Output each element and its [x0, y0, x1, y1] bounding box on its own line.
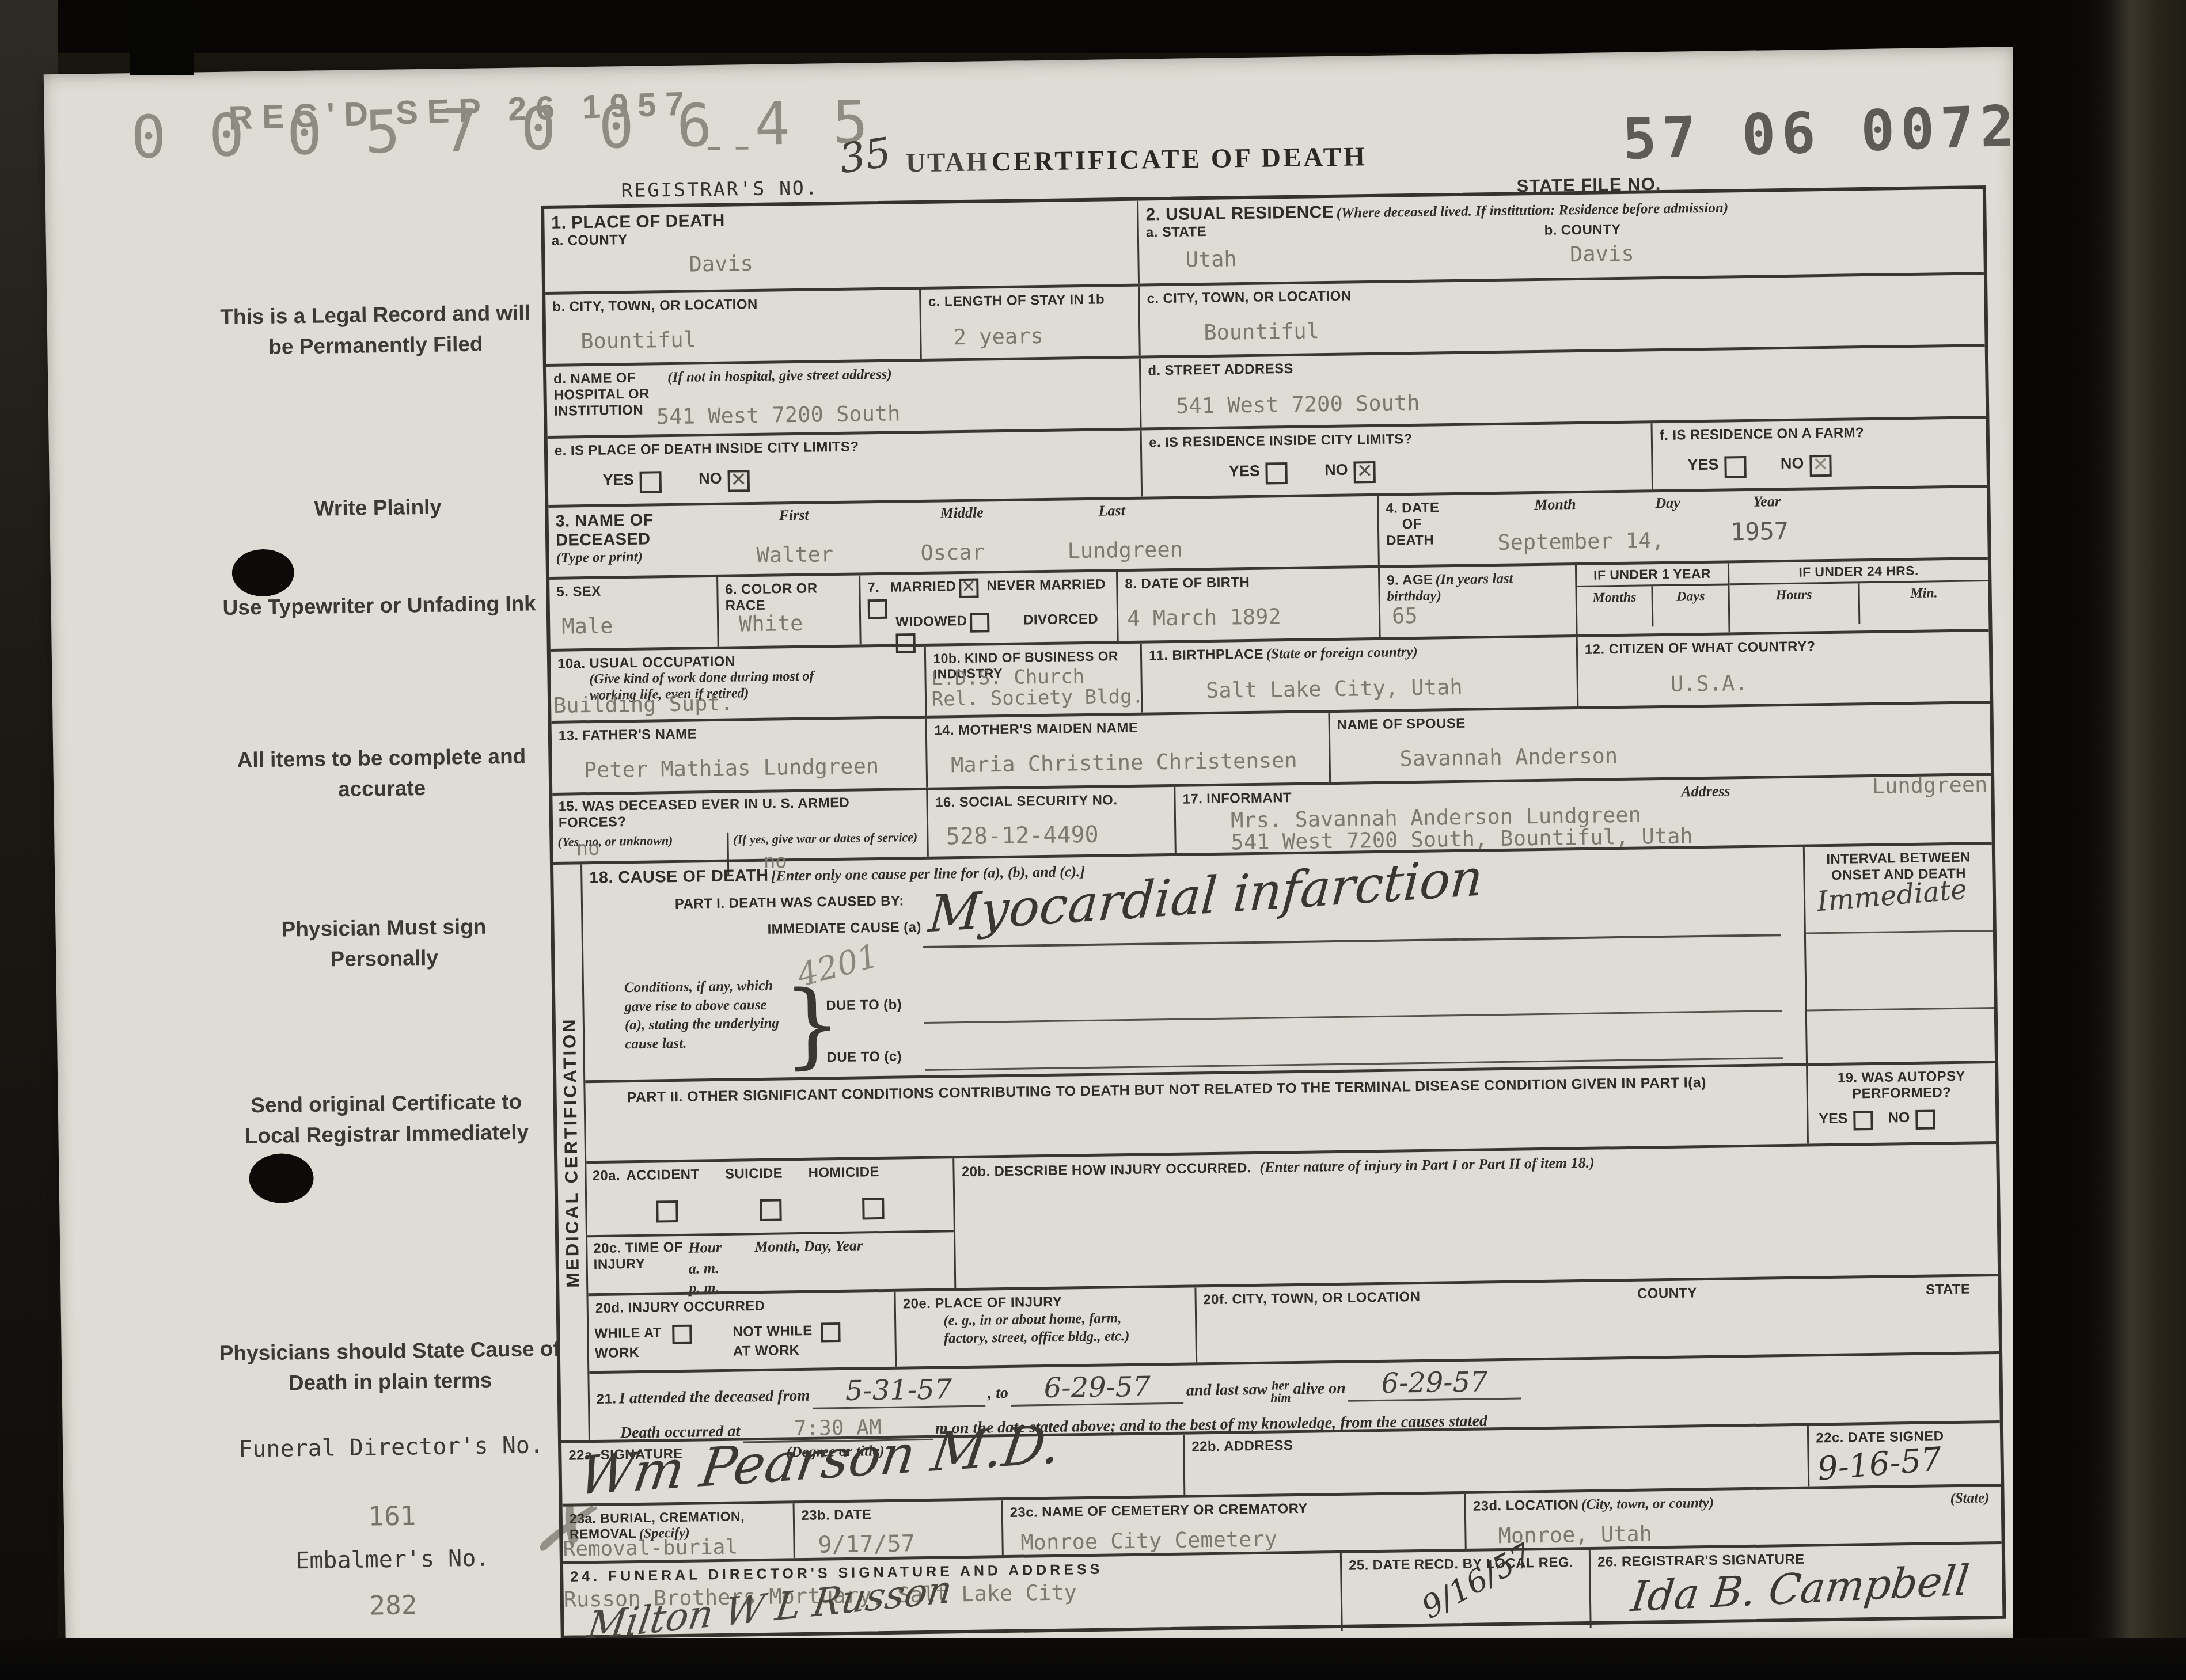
field-date-of-death: 4. DATE OF DEATH Month Day Year Septembe…	[1377, 488, 1988, 565]
name-label-1: 3. NAME OF	[555, 511, 653, 530]
field-birthplace: 11. BIRTHPLACE (State or foreign country…	[1140, 637, 1577, 713]
margin-note-send-original: Send original Certificate to Local Regis…	[225, 1086, 548, 1151]
homicide-checkbox	[862, 1198, 885, 1220]
date-received-value: 9/16/57	[1415, 1536, 1538, 1625]
20a-num: 20a.	[592, 1168, 620, 1184]
field-place-city: b. CITY, TOWN, OR LOCATION Bountiful	[545, 290, 920, 364]
street-address-value: 541 West 7200 South	[1176, 390, 1420, 419]
usual-residence-note: (Where deceased lived. If institution: R…	[1337, 200, 1729, 221]
sex-label: 5. SEX	[556, 584, 601, 600]
21-text-2: , to	[988, 1384, 1008, 1402]
days-label: Days	[1676, 589, 1705, 605]
part2-label: PART II. OTHER SIGNIFICANT CONDITIONS CO…	[627, 1073, 1799, 1106]
field-business-industry: 10b. KIND OF BUSINESS OR INDUSTRY L.D.S.…	[924, 644, 1141, 716]
hole-punch-bottom	[249, 1153, 314, 1204]
place-city-limits-label: e. IS PLACE OF DEATH INSIDE CITY LIMITS?	[555, 439, 859, 458]
certificate-title: UTAH CERTIFICATE OF DEATH	[906, 141, 1367, 178]
no-label: NO	[699, 470, 722, 488]
dob-label: 8. DATE OF BIRTH	[1125, 575, 1250, 592]
part1-label: PART I. DEATH WAS CAUSED BY:	[675, 893, 904, 913]
age-label: 9. AGE	[1387, 572, 1433, 588]
place-limits-no-checkbox: ✕	[727, 470, 750, 492]
20b-label: 20b. DESCRIBE HOW INJURY OCCURRED.	[962, 1160, 1251, 1180]
field-date-signed: 22c. DATE SIGNED 9-16-57	[1807, 1423, 2001, 1487]
not-while-at-work-checkbox	[821, 1322, 840, 1342]
hospital-value: 541 West 7200 South	[656, 401, 901, 429]
field-accident-suicide-homicide: 20a. ACCIDENT SUICIDE HOMICIDE 20c. TIME…	[586, 1158, 955, 1293]
accident-checkbox	[656, 1200, 678, 1223]
dod-label-2: OF	[1402, 516, 1422, 532]
county-label: a. COUNTY	[552, 232, 628, 249]
not-while-label-2: AT WORK	[733, 1343, 800, 1359]
father-label: 13. FATHER'S NAME	[559, 726, 697, 743]
field-color-race: 6. COLOR OR RACE White	[716, 575, 860, 646]
20f-state-label: STATE	[1926, 1282, 1970, 1298]
father-value: Peter Mathias Lundgreen	[583, 754, 879, 782]
residence-city-label: c. CITY, TOWN, OR LOCATION	[1147, 288, 1351, 306]
ssn-value: 528-12-4490	[946, 822, 1099, 850]
20c-label-2: INJURY	[594, 1256, 646, 1272]
residence-city-limits-label: e. IS RESIDENCE INSIDE CITY LIMITS?	[1149, 431, 1413, 450]
farm-yes-checkbox	[1724, 456, 1747, 478]
homicide-label: HOMICIDE	[808, 1164, 879, 1181]
field-place-of-death: 1. PLACE OF DEATH a. COUNTY Davis	[544, 201, 1138, 292]
field-interval-onset-death: INTERVAL BETWEEN ONSET AND DEATH Immedia…	[1803, 845, 1995, 1063]
color-race-label: 6. COLOR OR RACE	[725, 580, 818, 613]
20f-county-label: COUNTY	[1637, 1285, 1697, 1302]
hours-label: Hours	[1776, 587, 1812, 603]
burial-removal-value: Removal-burial	[563, 1535, 738, 1561]
residence-farm-label: f. IS RESIDENCE ON A FARM?	[1660, 425, 1865, 443]
title-main: CERTIFICATE OF DEATH	[991, 142, 1367, 177]
autopsy-label-2: PERFORMED?	[1852, 1085, 1951, 1101]
20d-label: 20d. INJURY OCCURRED	[595, 1298, 765, 1316]
state-label: a. STATE	[1146, 224, 1206, 240]
field-burial-date: 23b. DATE 9/17/57	[792, 1500, 1001, 1558]
due-to-b-label: DUE TO (b)	[826, 997, 902, 1014]
citizen-label: 12. CITIZEN OF WHAT COUNTRY?	[1585, 638, 1816, 657]
last-name-value: Lundgreen	[1067, 537, 1183, 564]
married-label: MARRIED	[890, 579, 957, 595]
birthplace-note: (State or foreign country)	[1266, 644, 1418, 662]
residence-limits-no-checkbox: ✕	[1354, 461, 1376, 484]
spouse-name-continued: Lundgreen	[1872, 772, 1988, 799]
marital-num: 7.	[867, 580, 879, 595]
23b-label: 23b. DATE	[801, 1507, 871, 1523]
spouse-label: NAME OF SPOUSE	[1337, 716, 1465, 733]
hospital-label-1: d. NAME OF	[553, 370, 636, 387]
23d-state-note: (State)	[1950, 1490, 1989, 1507]
residence-county-value: Davis	[1570, 241, 1634, 267]
last-alive-date: 6-29-57	[1381, 1366, 1488, 1400]
while-at-work-label-1: WHILE AT	[594, 1325, 662, 1342]
hospital-note: (If not in hospital, give street address…	[667, 367, 892, 386]
field-if-under-1-year: IF UNDER 1 YEAR Months Days	[1575, 563, 1728, 634]
suicide-checkbox	[760, 1199, 782, 1221]
field-street-address: d. STREET ADDRESS 541 West 7200 South	[1139, 347, 1986, 427]
first-label: First	[779, 507, 809, 524]
middle-label: Middle	[940, 504, 984, 522]
21-text-4: alive on	[1293, 1379, 1346, 1398]
date-signed-value: 9-16-57	[1816, 1440, 1944, 1488]
while-at-work-checkbox	[672, 1325, 692, 1344]
due-to-c-label: DUE TO (c)	[827, 1049, 902, 1066]
date-of-death-year-stamp: 1957	[1730, 517, 1789, 546]
medical-certification-label: MEDICAL CERTIFICATION	[559, 1017, 583, 1288]
23d-note: (City, town, or county)	[1581, 1495, 1714, 1512]
while-at-work-label-2: WORK	[595, 1345, 640, 1361]
field-describe-injury: 20b. DESCRIBE HOW INJURY OCCURRED. (Ente…	[953, 1144, 1998, 1288]
field-place-city-limits: e. IS PLACE OF DEATH INSIDE CITY LIMITS?…	[548, 431, 1141, 505]
23c-label: 23c. NAME OF CEMETERY OR CREMATORY	[1009, 1501, 1308, 1521]
field-autopsy: 19. WAS AUTOPSY PERFORMED? YES NO	[1806, 1063, 1996, 1144]
autopsy-no-checkbox	[1915, 1109, 1935, 1129]
20e-note: (e. g., in or about home, farm, factory,…	[943, 1309, 1163, 1348]
margin-note-physician-sign: Physician Must sign Personally	[228, 911, 540, 976]
ssn-label: 16. SOCIAL SECURITY NO.	[935, 792, 1118, 810]
immediate-cause-label: IMMEDIATE CAUSE (a)	[767, 919, 921, 938]
embalmer-no-value: 282	[221, 1587, 567, 1623]
min-label: Min.	[1910, 586, 1938, 601]
state-file-number-stamp: 57 06 0072	[1622, 93, 2021, 173]
birthplace-label: 11. BIRTHPLACE	[1149, 647, 1263, 664]
cause-label: 18. CAUSE OF DEATH	[589, 866, 769, 887]
immediate-cause-value: Myocardial infarction	[927, 847, 1485, 944]
funeral-director-no-value: 161	[219, 1498, 565, 1534]
registrar-no-label: REGISTRAR'S NO.	[621, 176, 819, 202]
under-1-year-label: IF UNDER 1 YEAR	[1593, 566, 1711, 583]
yes-label: YES	[1819, 1111, 1847, 1127]
middle-name-value: Oscar	[920, 539, 985, 565]
20c-label-1: 20c. TIME OF	[593, 1240, 683, 1256]
field-ssn: 16. SOCIAL SECURITY NO. 528-12-4490	[927, 787, 1175, 857]
interval-label-1: INTERVAL BETWEEN	[1826, 850, 1971, 867]
registrar-no-value: 35	[836, 128, 894, 183]
field-date-of-birth: 8. DATE OF BIRTH 4 March 1892	[1116, 568, 1379, 641]
spouse-value: Savannah Anderson	[1399, 743, 1618, 771]
margin-note-write-plainly: Write Plainly	[222, 491, 534, 525]
due-to-b-line	[924, 1010, 1782, 1024]
20e-label: 20e. PLACE OF INJURY	[903, 1294, 1062, 1312]
yes-label: YES	[602, 471, 633, 489]
attended-to-date: 6-29-57	[1043, 1371, 1151, 1405]
month-label: Month	[1534, 496, 1576, 514]
embalmer-no-label: Embalmer's No.	[219, 1541, 566, 1578]
dod-label-3: DEATH	[1386, 533, 1434, 549]
field-place-of-injury: 20e. PLACE OF INJURY (e. g., in or about…	[894, 1287, 1196, 1366]
citizen-value: U.S.A.	[1671, 671, 1748, 697]
field-physician-address: 22b. ADDRESS	[1183, 1426, 1808, 1495]
informant-address-label: Address	[1681, 782, 1730, 800]
field-mother-name: 14. MOTHER'S MAIDEN NAME Maria Christine…	[925, 713, 1329, 788]
place-city-value: Bountiful	[580, 327, 696, 354]
field-citizen: 12. CITIZEN OF WHAT COUNTRY? U.S.A.	[1576, 632, 1990, 706]
first-name-value: Walter	[756, 542, 833, 568]
yes-label: YES	[1687, 456, 1718, 474]
field-residence-city: c. CITY, TOWN, OR LOCATION Bountiful	[1138, 275, 1984, 355]
never-married-checkbox	[868, 599, 887, 619]
day-label: Day	[1655, 495, 1680, 512]
field-name-of-deceased: 3. NAME OF DECEASED (Type or print) Firs…	[548, 496, 1377, 577]
armed-forces-note-2: (If yes, give war or dates of service)	[733, 830, 917, 846]
no-label: NO	[1324, 461, 1348, 479]
length-of-stay-label: c. LENGTH OF STAY IN 1b	[928, 291, 1105, 309]
book-corner-block	[130, 5, 194, 75]
not-while-label-1: NOT WHILE	[733, 1323, 813, 1340]
sex-value: Male	[561, 613, 613, 638]
hole-punch-top	[231, 549, 294, 596]
certificate-form: 1. PLACE OF DEATH a. COUNTY Davis 2. USU…	[541, 185, 2006, 1639]
mother-value: Maria Christine Christensen	[951, 748, 1297, 777]
street-address-label: d. STREET ADDRESS	[1148, 361, 1293, 379]
state-value: Utah	[1185, 246, 1237, 272]
divorced-label: DIVORCED	[1023, 611, 1098, 628]
field-registrar-signature: 26. REGISTRAR'S SIGNATURE Ida B. Campbel…	[1589, 1544, 2003, 1628]
age-value: 65	[1392, 603, 1418, 629]
months-label: Months	[1592, 590, 1636, 606]
field-informant: 17. INFORMANT Address Lundgreen Mrs. Sav…	[1174, 776, 1991, 853]
field-burial-removal: 23a. BURIAL, CREMATION, REMOVAL (Specify…	[563, 1503, 794, 1561]
field-funeral-director: 24. FUNERAL DIRECTOR'S SIGNATURE AND ADD…	[563, 1553, 1341, 1642]
field-armed-forces: 15. WAS DECEASED EVER IN U. S. ARMED FOR…	[552, 790, 927, 862]
dob-value: 4 March 1892	[1127, 604, 1281, 631]
occupation-label: 10a. USUAL OCCUPATION	[557, 653, 735, 671]
cemetery-value: Monroe City Cemetery	[1020, 1526, 1277, 1554]
no-label: NO	[1781, 455, 1804, 473]
funeral-director-no-label: Funeral Director's No.	[218, 1429, 564, 1466]
residence-county-label: b. COUNTY	[1544, 222, 1620, 239]
mdy-label: Month, Day, Year	[754, 1237, 863, 1256]
field-hospital: d. NAME OF (If not in hospital, give str…	[546, 359, 1140, 436]
hospital-label-2: HOSPITAL OR	[553, 386, 650, 403]
birthplace-value: Salt Lake City, Utah	[1206, 675, 1463, 703]
field-age: 9. AGE (In years last birthday) 65	[1378, 565, 1576, 637]
immediate-cause-line	[923, 934, 1781, 948]
place-of-death-title: 1. PLACE OF DEATH	[551, 211, 725, 233]
place-city-label: b. CITY, TOWN, OR LOCATION	[552, 297, 758, 315]
field-date-received: 25. DATE RECD. BY LOCAL REG. 9/16/57	[1340, 1550, 1590, 1631]
suicide-label: SUICIDE	[725, 1165, 783, 1181]
year-label: Year	[1753, 493, 1781, 511]
field-spouse-name: NAME OF SPOUSE Savannah Anderson	[1328, 704, 1991, 782]
am-label: a. m.	[689, 1260, 719, 1278]
21-text-1: I attended the deceased from	[619, 1387, 810, 1408]
widowed-label: WIDOWED	[895, 613, 967, 630]
mother-label: 14. MOTHER'S MAIDEN NAME	[934, 720, 1138, 739]
margin-note-legal-record: This is a Legal Record and will be Perma…	[219, 298, 531, 363]
no-label: NO	[1888, 1109, 1910, 1126]
margin-note-plain-terms: Physicians should State Cause of Death i…	[199, 1333, 580, 1399]
residence-limits-yes-checkbox	[1266, 462, 1288, 485]
him-label: him	[1270, 1392, 1291, 1404]
burial-date-value: 9/17/57	[818, 1530, 915, 1558]
attended-from-date: 5-31-57	[845, 1373, 952, 1407]
20b-note: (Enter nature of injury in Part I or Par…	[1259, 1154, 1595, 1176]
armed-forces-note-1: (Yes, no, or unknown)	[557, 833, 673, 849]
county-value: Davis	[689, 251, 753, 277]
field-injury-occurred: 20d. INJURY OCCURRED WHILE AT WORK NOT W…	[588, 1292, 895, 1371]
field-sex: 5. SEX Male	[549, 577, 717, 649]
length-of-stay-value: 2 years	[953, 324, 1043, 349]
book-bottom-edge	[0, 1638, 2186, 1680]
field-length-of-stay: c. LENGTH OF STAY IN 1b 2 years	[920, 287, 1139, 359]
field-father-name: 13. FATHER'S NAME Peter Mathias Lundgree…	[552, 719, 927, 793]
color-race-value: White	[739, 611, 803, 637]
armed-forces-value-1: no	[576, 837, 600, 861]
21-text-3: and last saw	[1186, 1381, 1268, 1400]
yes-label: YES	[1229, 462, 1260, 480]
field-cemetery: 23c. NAME OF CEMETERY OR CREMATORY Monro…	[1001, 1494, 1465, 1555]
field-occupation: 10a. USUAL OCCUPATION (Give kind of work…	[551, 647, 925, 721]
her-label: her	[1270, 1379, 1291, 1392]
book-top-edge	[0, 0, 2186, 53]
field-cause-of-death: 18. CAUSE OF DEATH [Enter only one cause…	[582, 847, 1806, 1081]
widowed-checkbox	[970, 613, 989, 632]
never-married-label: NEVER MARRIED	[986, 577, 1106, 594]
autopsy-yes-checkbox	[1853, 1111, 1873, 1130]
hospital-label-3: INSTITUTION	[554, 402, 643, 419]
armed-forces-label: 15. WAS DECEASED EVER IN U. S. ARMED FOR…	[558, 795, 849, 831]
informant-label: 17. INFORMANT	[1182, 790, 1292, 807]
20f-label: 20f. CITY, TOWN, OR LOCATION	[1203, 1289, 1420, 1307]
conditions-note: Conditions, if any, which gave rise to a…	[624, 976, 787, 1054]
field-cemetery-location: 23d. LOCATION (City, town, or county) (S…	[1464, 1487, 2002, 1549]
field-marital-status: 7. MARRIED ✕ NEVER MARRIED WIDOWED DIVOR…	[859, 572, 1117, 644]
autopsy-label-1: 19. WAS AUTOPSY	[1838, 1069, 1965, 1086]
business-value-2: Rel. Society Bldg.	[931, 685, 1144, 711]
occupation-value: Building Supt.	[553, 691, 733, 718]
23d-label: 23d. LOCATION	[1473, 1497, 1579, 1514]
usual-residence-title: 2. USUAL RESIDENCE	[1145, 203, 1334, 225]
death-certificate-page: REC'D SEP 26 1957 – – This is a Legal Re…	[44, 47, 2047, 1675]
name-note: (Type or print)	[556, 549, 643, 566]
dod-label-1: 4. DATE	[1386, 500, 1439, 516]
book-spine	[2013, 0, 2186, 1680]
last-label: Last	[1098, 502, 1125, 520]
field-physician-signature: 22a. SIGNATURE (Degree or title) Wm Pear…	[561, 1435, 1183, 1504]
margin-note-complete: All items to be complete and accurate	[226, 741, 537, 806]
accident-label: ACCIDENT	[626, 1166, 700, 1183]
field-residence-city-limits: e. IS RESIDENCE INSIDE CITY LIMITS? YES …	[1140, 423, 1652, 496]
place-limits-yes-checkbox	[640, 471, 662, 493]
field-residence-on-farm: f. IS RESIDENCE ON A FARM? YES NO✕	[1650, 419, 1987, 489]
date-of-death-value: September 14,	[1497, 528, 1664, 555]
residence-city-value: Bountiful	[1204, 318, 1319, 345]
hour-label: Hour	[688, 1239, 722, 1257]
title-utah: UTAH	[906, 147, 989, 178]
field-if-under-24-hrs: IF UNDER 24 HRS. Hours Min.	[1728, 560, 1989, 632]
field-usual-residence: 2. USUAL RESIDENCE (Where deceased lived…	[1137, 189, 1984, 283]
name-label-2: DECEASED	[556, 530, 651, 550]
under-24-hrs-label: IF UNDER 24 HRS.	[1798, 563, 1919, 580]
22b-label: 22b. ADDRESS	[1191, 1438, 1293, 1454]
farm-no-checkbox: ✕	[1809, 455, 1832, 477]
21-num: 21.	[597, 1391, 617, 1407]
married-checkbox: ✕	[959, 579, 978, 598]
field-injury-city: 20f. CITY, TOWN, OR LOCATION COUNTY STAT…	[1194, 1276, 1999, 1362]
